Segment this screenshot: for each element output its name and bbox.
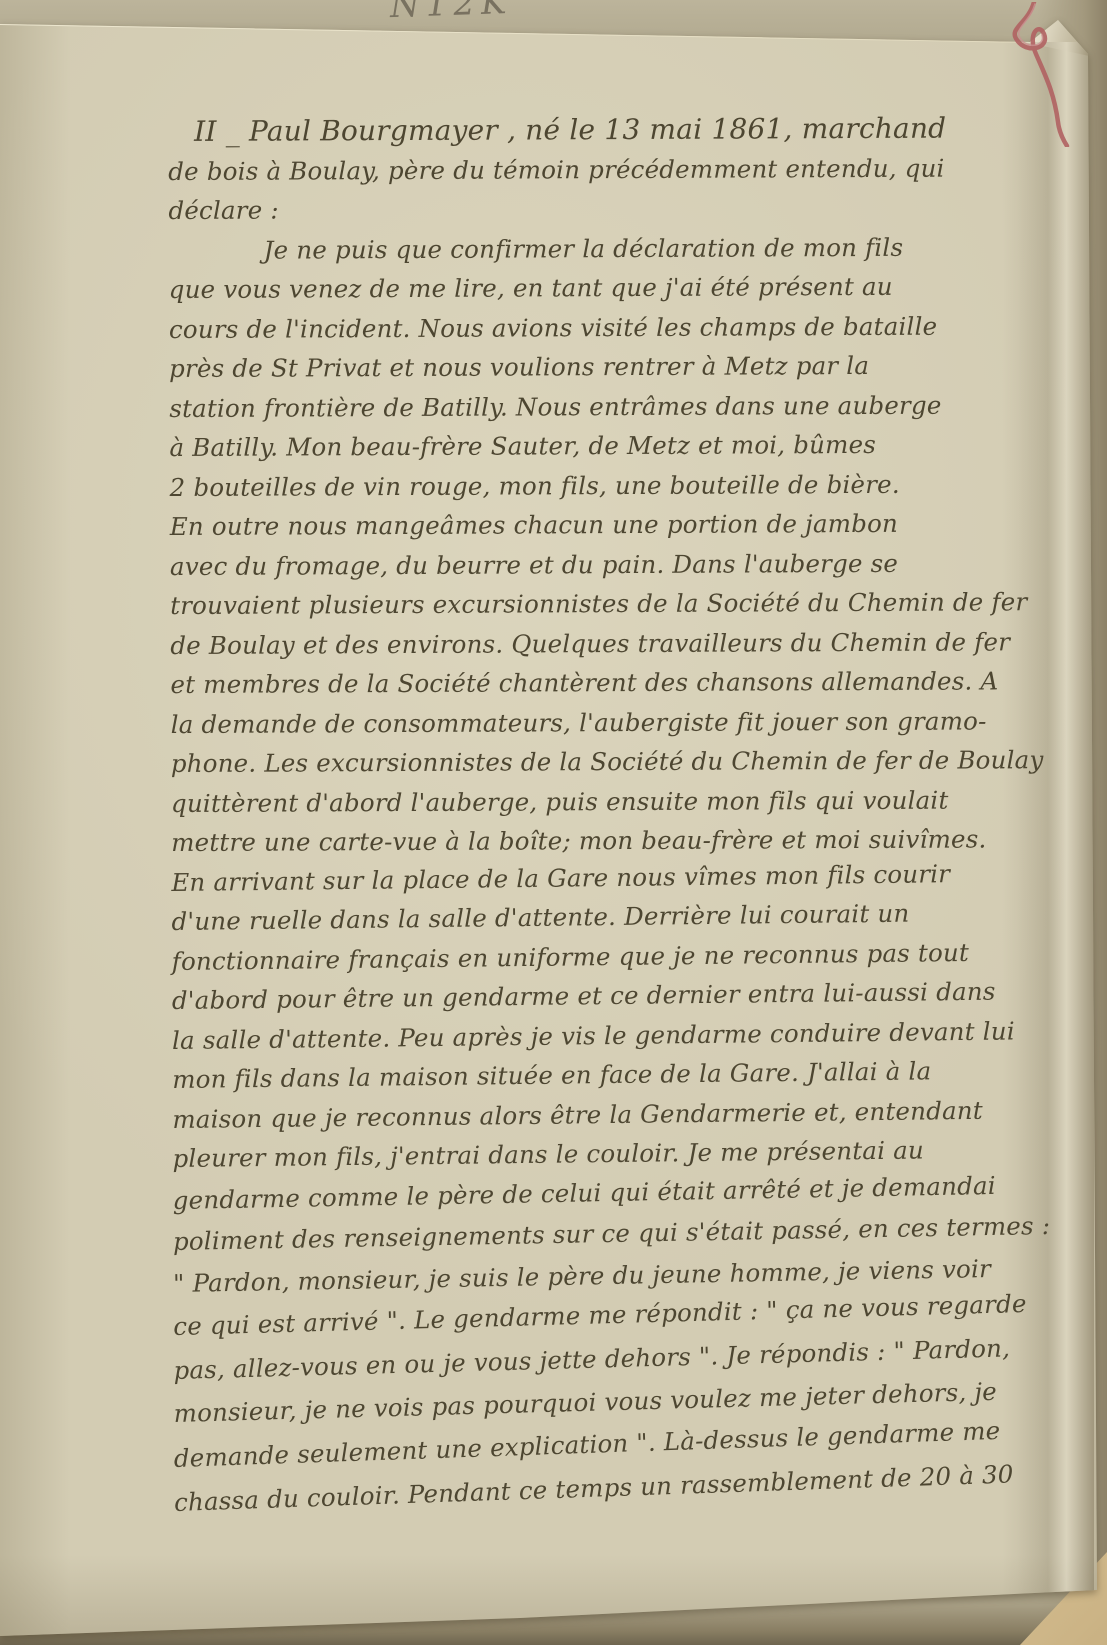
manuscript-line: à Batilly. Mon beau-frère Sauter, de Met… [169,424,1069,467]
manuscript-line: avec du fromage, du beurre et du pain. D… [170,543,1070,586]
page-top-edge [0,23,1032,43]
manuscript-text: II _ Paul Bourgmayer , né le 13 mai 1861… [168,108,1074,1522]
manuscript-page: II _ Paul Bourgmayer , né le 13 mai 1861… [0,0,1107,1645]
manuscript-line: II _ Paul Bourgmayer , né le 13 mai 1861… [194,108,1068,151]
manuscript-line: de Boulay et des environs. Quelques trav… [170,622,1070,665]
manuscript-line: de bois à Boulay, père du témoin précéde… [168,148,1068,191]
manuscript-line: et membres de la Société chantèrent des … [170,661,1070,704]
manuscript-line: station frontière de Batilly. Nous entrâ… [169,385,1069,428]
manuscript-line: déclare : [168,187,1068,230]
binding-thread [992,2,1092,147]
manuscript-line: quittèrent d'abord l'auberge, puis ensui… [171,780,1071,823]
manuscript-line: En outre nous mangeâmes chacun une porti… [170,503,1070,546]
manuscript-line: 2 bouteilles de vin rouge, mon fils, une… [170,464,1070,507]
manuscript-line: près de St Privat et nous voulions rentr… [169,345,1069,388]
manuscript-line: cours de l'incident. Nous avions visité … [169,306,1069,349]
manuscript-line: trouvaient plusieurs excursionnistes de … [170,582,1070,625]
manuscript-line: phone. Les excursionnistes de la Société… [171,740,1071,783]
manuscript-line: la demande de consommateurs, l'aubergist… [171,701,1071,744]
manuscript-line: que vous venez de me lire, en tant que j… [169,266,1069,309]
manuscript-line: Je ne puis que confirmer la déclaration … [264,227,1069,270]
paper-sheet: II _ Paul Bourgmayer , né le 13 mai 1861… [0,0,1107,1645]
